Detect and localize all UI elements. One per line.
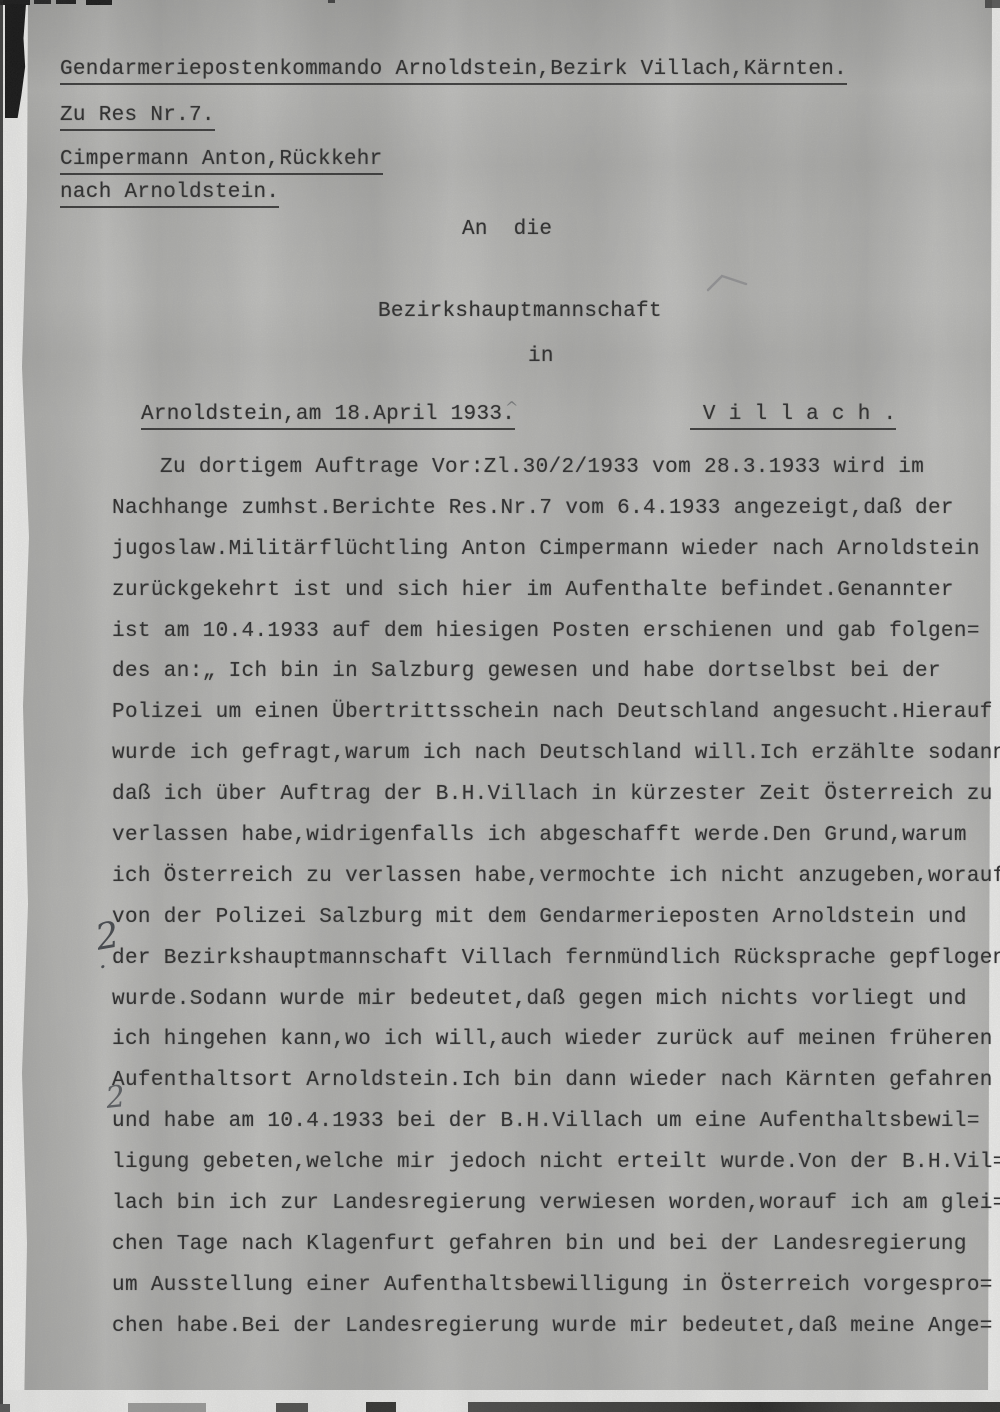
pencil-check-mark	[706, 272, 750, 296]
addressee-city: V i l l a c h .	[690, 403, 896, 430]
body-line: ich Österreich zu verlassen habe,vermoch…	[112, 857, 1000, 898]
scan-artifact-bottom-dash	[366, 1402, 396, 1412]
body-line: verlassen habe,widrigenfalls ich abgesch…	[112, 816, 1000, 857]
scan-artifact-bottom-dash	[0, 1404, 10, 1412]
body-line: zurückgekehrt ist und sich hier im Aufen…	[112, 571, 1000, 612]
body-line: und habe am 10.4.1933 bei der B.H.Villac…	[112, 1102, 1000, 1143]
body-line: wurde.Sodann wurde mir bedeutet,daß gege…	[112, 980, 1000, 1021]
subject-line-1: Cimpermann Anton,Rückkehr	[60, 148, 383, 175]
body-line: jugoslaw.Militärflüchtling Anton Cimperm…	[112, 530, 1000, 571]
body-line: Polizei um einen Übertrittsschein nach D…	[112, 693, 1000, 734]
scan-artifact-left-line	[0, 0, 3, 1412]
body-line: ich hingehen kann,wo ich will,auch wiede…	[112, 1020, 1000, 1061]
body-line: um Ausstellung einer Aufenthaltsbewillig…	[112, 1266, 1000, 1307]
pencil-caret-mark: ^	[505, 398, 518, 417]
body-line: wurde ich gefragt,warum ich nach Deutsch…	[112, 734, 1000, 775]
scan-artifact-top-dot	[328, 0, 335, 3]
scan-artifact-top-dash	[56, 0, 76, 4]
body-line: ligung gebeten,welche mir jedoch nicht e…	[112, 1143, 1000, 1184]
body-text: Zu dortigem Auftrage Vor:Zl.30/2/1933 vo…	[112, 448, 1000, 1348]
body-line: Zu dortigem Auftrage Vor:Zl.30/2/1933 vo…	[112, 448, 1000, 489]
subject-line-2: nach Arnoldstein.	[60, 181, 279, 208]
dateline: Arnoldstein,am 18.April 1933.	[141, 403, 515, 430]
addressee-salutation: An die	[462, 218, 552, 241]
body-line: von der Polizei Salzburg mit dem Gendarm…	[112, 898, 1000, 939]
body-line: lach bin ich zur Landesregierung verwies…	[112, 1184, 1000, 1225]
document-header-line: Gendarmeriepostenkommando Arnoldstein,Be…	[60, 58, 847, 85]
margin-note-dot: .	[99, 946, 107, 974]
scan-artifact-top-dash	[86, 0, 112, 5]
body-line: chen habe.Bei der Landesregierung wurde …	[112, 1307, 1000, 1348]
scanned-document-page: Gendarmeriepostenkommando Arnoldstein,Be…	[0, 0, 1000, 1412]
body-line: daß ich über Auftrag der B.H.Villach in …	[112, 775, 1000, 816]
addressee-office: Bezirkshauptmannschaft	[378, 300, 662, 323]
scan-artifact-bottom-dash	[128, 1403, 206, 1412]
body-line: chen Tage nach Klagenfurt gefahren bin u…	[112, 1225, 1000, 1266]
addressee-preposition: in	[528, 345, 554, 368]
scan-artifact-bottom-dash	[276, 1403, 308, 1412]
reference-number-line: Zu Res Nr.7.	[60, 104, 215, 131]
margin-note-numeral-2: 2	[104, 1079, 127, 1116]
body-line: der Bezirkshauptmannschaft Villach fernm…	[112, 939, 1000, 980]
body-line: Nachhange zumhst.Berichte Res.Nr.7 vom 6…	[112, 489, 1000, 530]
scan-artifact-top-dash	[34, 0, 51, 4]
scan-artifact-left-bar	[5, 4, 26, 118]
scan-artifact-bottom-bar	[468, 1402, 1000, 1412]
scan-artifact-top-right	[985, 0, 1000, 8]
body-line: Aufenthaltsort Arnoldstein.Ich bin dann …	[112, 1061, 1000, 1102]
body-line: des an:„ Ich bin in Salzburg gewesen und…	[112, 652, 1000, 693]
body-line: ist am 10.4.1933 auf dem hiesigen Posten…	[112, 612, 1000, 653]
